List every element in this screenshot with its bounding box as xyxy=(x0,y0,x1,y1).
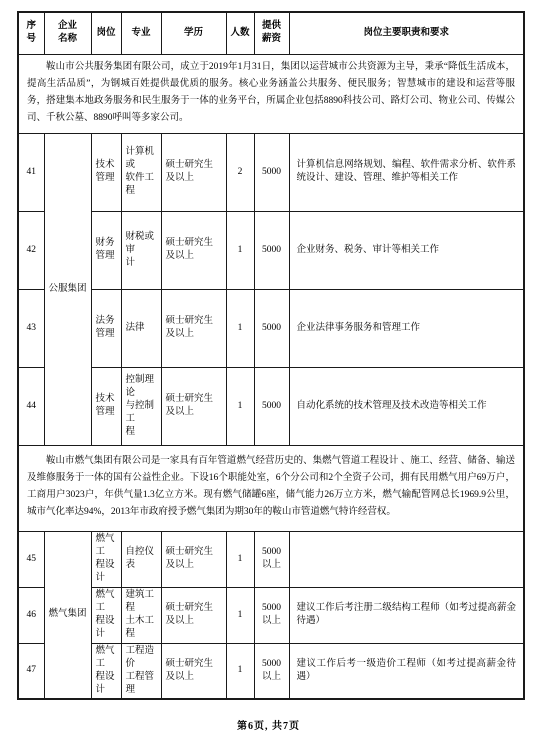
header-duties: 岗位主要职责和要求 xyxy=(289,12,524,54)
table-row: 47 燃气工 程设计 工程造价 工程管理 硕士研究生 及以上 1 5000 以上… xyxy=(18,643,524,699)
table-header-row: 序 号 企业 名称 岗位 专业 学历 人数 提供 薪资 岗位主要职责和要求 xyxy=(18,12,524,54)
cell-major: 建筑工程 土木工程 xyxy=(121,587,161,643)
cell-serial-no: 41 xyxy=(18,133,44,211)
table-row: 42 财务 管理 财税或审 计 硕士研究生 及以上 1 5000 企业财务、税务… xyxy=(18,211,524,289)
recruitment-document-page: 序 号 企业 名称 岗位 专业 学历 人数 提供 薪资 岗位主要职责和要求 鞍山… xyxy=(0,0,537,752)
table-row: 44 技术 管理 控制理论 与控制工 程 硕士研究生 及以上 1 5000 自动… xyxy=(18,367,524,445)
cell-major: 法律 xyxy=(121,289,161,367)
company-description-2: 鞍山市燃气集团有限公司是一家具有百年管道燃气经营历史的、集燃气管道工程设计 、施… xyxy=(18,445,524,531)
cell-degree: 硕士研究生 及以上 xyxy=(161,133,226,211)
cell-serial-no: 43 xyxy=(18,289,44,367)
cell-duties: 计算机信息网络规划、编程、软件需求分析、软件系统设计、建设、管理、维护等相关工作 xyxy=(289,133,524,211)
cell-headcount: 1 xyxy=(226,289,254,367)
page-number-footer: 第6页, 共7页 xyxy=(0,717,537,732)
table-row: 45 燃气集团 燃气工 程设计 自控仪表 硕士研究生 及以上 1 5000 以上 xyxy=(18,531,524,587)
cell-headcount: 1 xyxy=(226,367,254,445)
table-row: 46 燃气工 程设计 建筑工程 土木工程 硕士研究生 及以上 1 5000 以上… xyxy=(18,587,524,643)
cell-major: 工程造价 工程管理 xyxy=(121,643,161,699)
cell-duties: 建议工作后考注册二级结构工程师（如考过提高薪金待遇） xyxy=(289,587,524,643)
company-description-1: 鞍山市公共服务集团有限公司，成立于2019年1月31日，集团以运营城市公共资源为… xyxy=(18,54,524,133)
header-post: 岗位 xyxy=(91,12,121,54)
cell-headcount: 1 xyxy=(226,531,254,587)
cell-headcount: 1 xyxy=(226,587,254,643)
cell-post: 法务 管理 xyxy=(91,289,121,367)
table-row: 41 公服集团 技术 管理 计算机或 软件工程 硕士研究生 及以上 2 5000… xyxy=(18,133,524,211)
cell-headcount: 2 xyxy=(226,133,254,211)
cell-post: 技术 管理 xyxy=(91,133,121,211)
cell-degree: 硕士研究生 及以上 xyxy=(161,587,226,643)
cell-salary: 5000 xyxy=(254,367,289,445)
table-row: 43 法务 管理 法律 硕士研究生 及以上 1 5000 企业法律事务服务和管理… xyxy=(18,289,524,367)
header-company-name: 企业 名称 xyxy=(44,12,91,54)
cell-salary: 5000 以上 xyxy=(254,643,289,699)
cell-salary: 5000 以上 xyxy=(254,531,289,587)
cell-duties: 企业财务、税务、审计等相关工作 xyxy=(289,211,524,289)
cell-major: 自控仪表 xyxy=(121,531,161,587)
cell-degree: 硕士研究生 及以上 xyxy=(161,531,226,587)
cell-headcount: 1 xyxy=(226,643,254,699)
cell-serial-no: 46 xyxy=(18,587,44,643)
cell-post: 燃气工 程设计 xyxy=(91,643,121,699)
cell-salary: 5000 xyxy=(254,211,289,289)
cell-serial-no: 42 xyxy=(18,211,44,289)
cell-duties: 自动化系统的技术管理及技术改造等相关工作 xyxy=(289,367,524,445)
cell-degree: 硕士研究生 及以上 xyxy=(161,367,226,445)
cell-salary: 5000 以上 xyxy=(254,587,289,643)
header-serial-no: 序 号 xyxy=(18,12,44,54)
cell-salary: 5000 xyxy=(254,289,289,367)
cell-degree: 硕士研究生 及以上 xyxy=(161,289,226,367)
header-major: 专业 xyxy=(121,12,161,54)
header-salary: 提供 薪资 xyxy=(254,12,289,54)
cell-duties: 企业法律事务服务和管理工作 xyxy=(289,289,524,367)
cell-post: 财务 管理 xyxy=(91,211,121,289)
cell-serial-no: 45 xyxy=(18,531,44,587)
cell-salary: 5000 xyxy=(254,133,289,211)
cell-major: 计算机或 软件工程 xyxy=(121,133,161,211)
cell-duties xyxy=(289,531,524,587)
cell-major: 控制理论 与控制工 程 xyxy=(121,367,161,445)
cell-degree: 硕士研究生 及以上 xyxy=(161,211,226,289)
cell-serial-no: 47 xyxy=(18,643,44,699)
cell-serial-no: 44 xyxy=(18,367,44,445)
cell-company-name-1: 公服集团 xyxy=(44,133,91,445)
cell-post: 技术 管理 xyxy=(91,367,121,445)
cell-degree: 硕士研究生 及以上 xyxy=(161,643,226,699)
job-table: 序 号 企业 名称 岗位 专业 学历 人数 提供 薪资 岗位主要职责和要求 鞍山… xyxy=(17,11,525,700)
company-description-row: 鞍山市燃气集团有限公司是一家具有百年管道燃气经营历史的、集燃气管道工程设计 、施… xyxy=(18,445,524,531)
header-degree: 学历 xyxy=(161,12,226,54)
cell-post: 燃气工 程设计 xyxy=(91,531,121,587)
company-description-row: 鞍山市公共服务集团有限公司，成立于2019年1月31日，集团以运营城市公共资源为… xyxy=(18,54,524,133)
cell-company-name-2: 燃气集团 xyxy=(44,531,91,699)
header-headcount: 人数 xyxy=(226,12,254,54)
cell-headcount: 1 xyxy=(226,211,254,289)
cell-duties: 建议工作后考一级造价工程师（如考过提高薪金待遇） xyxy=(289,643,524,699)
cell-post: 燃气工 程设计 xyxy=(91,587,121,643)
cell-major: 财税或审 计 xyxy=(121,211,161,289)
